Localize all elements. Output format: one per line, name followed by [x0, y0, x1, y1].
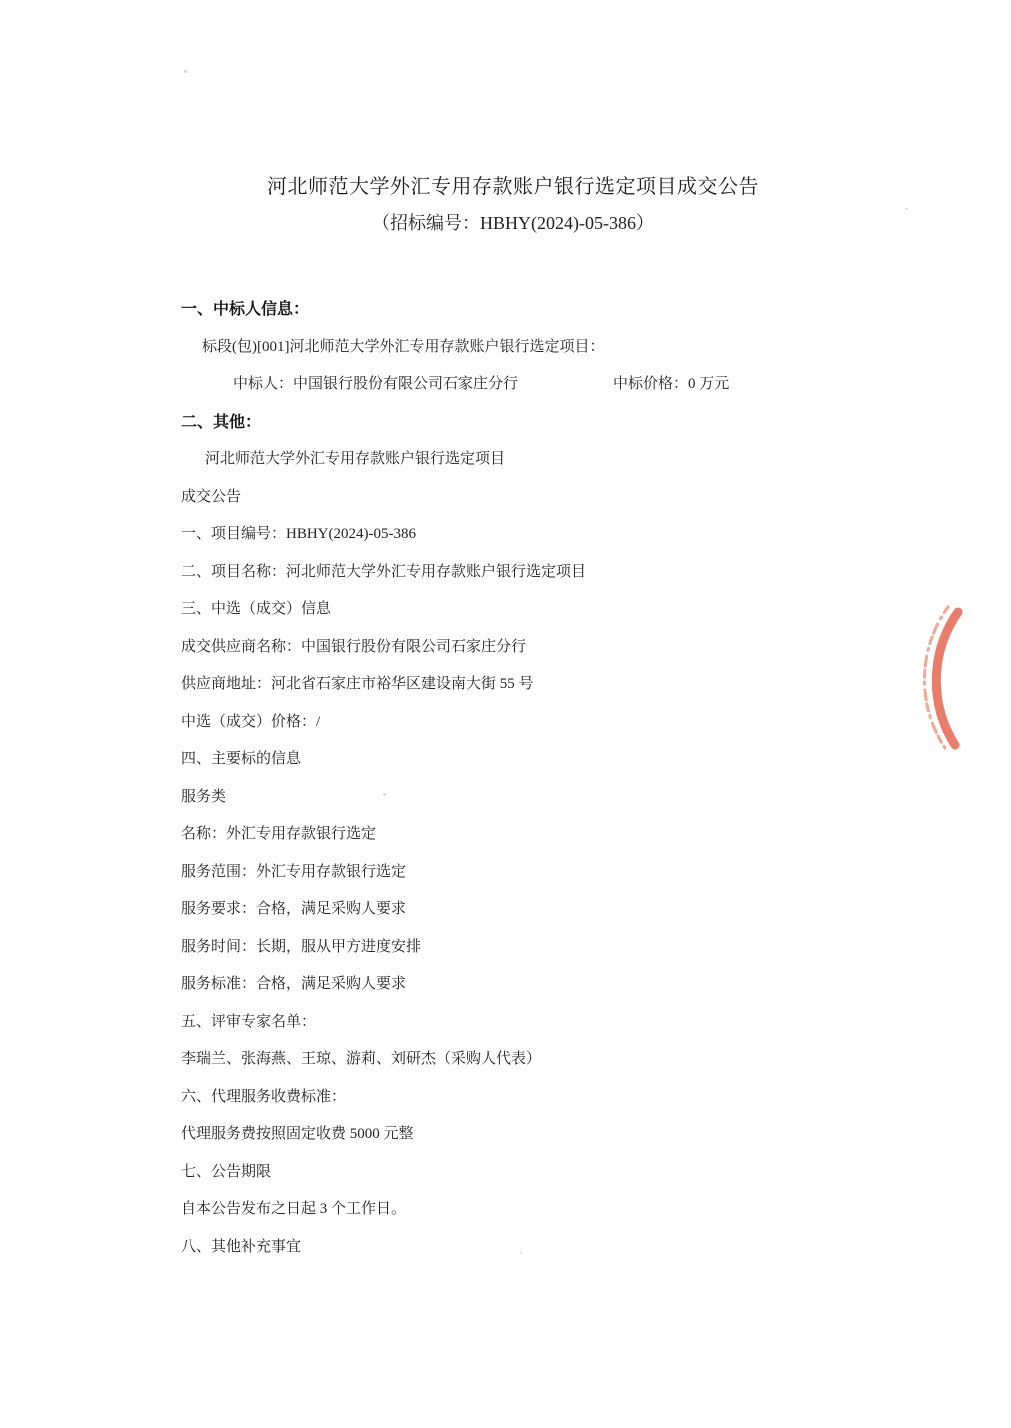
document-line: 一、中标人信息：: [181, 291, 961, 329]
line-text: 成交供应商名称：中国银行股份有限公司石家庄分行: [181, 639, 526, 655]
document-line: 七、公告期限: [181, 1154, 961, 1192]
line-text: 服务类: [181, 789, 226, 805]
document-line: 名称：外汇专用存款银行选定: [181, 816, 961, 854]
document-line: 成交供应商名称：中国银行股份有限公司石家庄分行: [181, 629, 961, 667]
line-text: 供应商地址：河北省石家庄市裕华区建设南大街 55 号: [181, 676, 534, 692]
document-line: 服务类: [181, 779, 961, 817]
line-text: 一、中标人信息：: [181, 301, 309, 318]
document-bid-number: （招标编号：HBHY(2024)-05-386）: [18, 209, 1008, 237]
line-text: 八、其他补充事宜: [181, 1239, 301, 1255]
line-text: 二、项目名称：河北师范大学外汇专用存款账户银行选定项目: [181, 564, 586, 580]
document-line: 李瑞兰、张海燕、王琼、游莉、刘研杰（采购人代表）: [181, 1041, 961, 1079]
document-line: 二、项目名称：河北师范大学外汇专用存款账户银行选定项目: [181, 554, 961, 592]
document-line: 中选（成交）价格：/: [181, 704, 961, 742]
document-line: 八、其他补充事宜: [181, 1229, 961, 1267]
line-text: 名称：外汇专用存款银行选定: [181, 826, 376, 842]
scan-speck: [520, 1252, 522, 1254]
document-line: 标段(包)[001]河北师范大学外汇专用存款账户银行选定项目：: [181, 329, 961, 367]
document-line: 供应商地址：河北省石家庄市裕华区建设南大街 55 号: [181, 666, 961, 704]
scanned-document-page: 河北师范大学外汇专用存款账户银行选定项目成交公告 （招标编号：HBHY(2024…: [0, 0, 1011, 1428]
line-text: 六、代理服务收费标准：: [181, 1089, 346, 1105]
line-text: 一、项目编号：HBHY(2024)-05-386: [181, 526, 416, 542]
document-body: 一、中标人信息：标段(包)[001]河北师范大学外汇专用存款账户银行选定项目：中…: [181, 291, 961, 1266]
document-line: 中标人：中国银行股份有限公司石家庄分行中标价格：0 万元: [181, 366, 961, 404]
document-line: 服务要求：合格，满足采购人要求: [181, 891, 961, 929]
line-text: 标段(包)[001]河北师范大学外汇专用存款账户银行选定项目：: [202, 339, 604, 355]
line-text: 李瑞兰、张海燕、王琼、游莉、刘研杰（采购人代表）: [181, 1051, 541, 1067]
line-text: 七、公告期限: [181, 1164, 271, 1180]
document-line: 四、主要标的信息: [181, 741, 961, 779]
line-secondary-text: 中标价格：0 万元: [613, 366, 729, 404]
document-line: 服务范围：外汇专用存款银行选定: [181, 854, 961, 892]
line-text: 成交公告: [181, 489, 241, 505]
document-line: 服务时间：长期，服从甲方进度安排: [181, 929, 961, 967]
document-line: 五、评审专家名单：: [181, 1004, 961, 1042]
document-line: 代理服务费按照固定收费 5000 元整: [181, 1116, 961, 1154]
scan-speck: [383, 793, 386, 796]
line-text: 服务时间：长期，服从甲方进度安排: [181, 939, 421, 955]
line-text: 河北师范大学外汇专用存款账户银行选定项目: [205, 451, 505, 467]
line-text: 四、主要标的信息: [181, 751, 301, 767]
document-line: 六、代理服务收费标准：: [181, 1079, 961, 1117]
document-line: 成交公告: [181, 479, 961, 517]
line-text: 二、其他：: [181, 414, 261, 431]
document-line: 一、项目编号：HBHY(2024)-05-386: [181, 516, 961, 554]
scan-speck: [184, 70, 187, 73]
line-text: 服务范围：外汇专用存款银行选定: [181, 864, 406, 880]
line-text: 服务要求：合格，满足采购人要求: [181, 901, 406, 917]
line-text: 三、中选（成交）信息: [181, 601, 331, 617]
document-title: 河北师范大学外汇专用存款账户银行选定项目成交公告: [18, 172, 1008, 202]
line-text: 自本公告发布之日起 3 个工作日。: [181, 1201, 406, 1217]
document-line: 河北师范大学外汇专用存款账户银行选定项目: [181, 441, 961, 479]
document-line: 服务标准：合格，满足采购人要求: [181, 966, 961, 1004]
document-line: 三、中选（成交）信息: [181, 591, 961, 629]
line-text: 代理服务费按照固定收费 5000 元整: [181, 1126, 414, 1142]
scan-speck: [905, 208, 908, 210]
line-text: 中标人：中国银行股份有限公司石家庄分行: [233, 376, 518, 392]
document-line: 自本公告发布之日起 3 个工作日。: [181, 1191, 961, 1229]
line-text: 中选（成交）价格：/: [181, 714, 320, 730]
line-text: 五、评审专家名单：: [181, 1014, 316, 1030]
line-text: 服务标准：合格，满足采购人要求: [181, 976, 406, 992]
document-line: 二、其他：: [181, 404, 961, 442]
